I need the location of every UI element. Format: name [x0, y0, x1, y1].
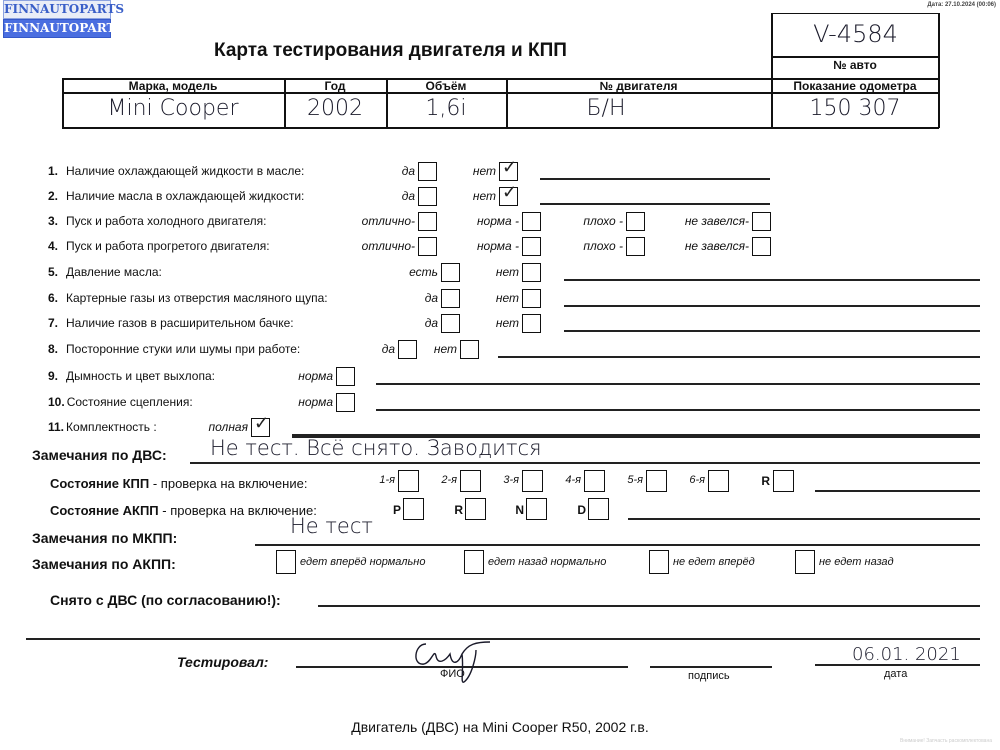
- mode-label: P: [393, 503, 401, 517]
- option-label: да: [425, 291, 438, 305]
- checkbox-8-2[interactable]: [460, 340, 479, 359]
- item-number: 9.: [48, 369, 58, 383]
- option-label: норма -: [477, 239, 519, 253]
- option-label: норма: [298, 369, 333, 383]
- item-label: Наличие газов в расширительном бачке:: [66, 316, 294, 330]
- item-label: Пуск и работа холодного двигателя:: [66, 214, 266, 228]
- checkbox-10-1[interactable]: [336, 393, 355, 412]
- brand-logo: FINNAUTOPARTS FINNAUTOPARTS: [3, 0, 111, 38]
- kpp-check-label: Состояние КПП: [50, 476, 149, 491]
- checklist-item: 10.Состояние сцепления:: [48, 395, 193, 409]
- akpp-remark-checkbox[interactable]: [276, 550, 296, 574]
- item-number: 10.: [48, 395, 65, 409]
- remarks-mkpp-line: [255, 544, 980, 546]
- gear-label: 4-я: [565, 474, 581, 486]
- checkbox-3-2[interactable]: [522, 212, 541, 231]
- checkbox-6-2[interactable]: [522, 289, 541, 308]
- option-label: нет: [434, 342, 457, 356]
- akpp-remark-checkbox[interactable]: [795, 550, 815, 574]
- item-label: Комплектность :: [66, 420, 157, 434]
- col-engine-number: № двигателя: [506, 79, 771, 93]
- item-number: 3.: [48, 214, 58, 228]
- option-label: плохо -: [583, 239, 623, 253]
- item-label: Дымность и цвет выхлопа:: [66, 369, 215, 383]
- checklist-item: 7.Наличие газов в расширительном бачке:: [48, 316, 294, 330]
- vehicle-number-label: № авто: [771, 58, 939, 72]
- mode-checkbox[interactable]: [465, 498, 486, 520]
- remarks-mkpp-label: Замечания по МКПП:: [32, 530, 177, 546]
- option-label: норма -: [477, 214, 519, 228]
- gear-label: 1-я: [379, 474, 395, 486]
- value-year: 2002: [284, 96, 386, 121]
- item-label: Картерные газы из отверстия масляного щу…: [66, 291, 328, 305]
- check-mark-icon: ✓: [502, 158, 517, 176]
- mode-label: R: [454, 503, 463, 517]
- col-odometer: Показание одометра: [771, 79, 939, 93]
- item-number: 1.: [48, 164, 58, 178]
- answer-line: [376, 383, 980, 385]
- caption: Двигатель (ДВС) на Mini Cooper R50, 2002…: [0, 719, 1000, 735]
- tested-by-label: Тестировал:: [177, 654, 268, 670]
- checkbox-8-1[interactable]: [398, 340, 417, 359]
- checklist-item: 8.Посторонние стуки или шумы при работе:: [48, 342, 300, 356]
- option-label: да: [425, 316, 438, 330]
- gear-checkbox[interactable]: [708, 470, 729, 492]
- vehicle-number-value: V-4584: [772, 20, 939, 48]
- logo-line-2: FINNAUTOPARTS: [3, 19, 111, 38]
- akpp-remark-label: едет назад нормально: [488, 556, 606, 568]
- checkbox-1-1[interactable]: [418, 162, 437, 181]
- answer-line: [564, 330, 980, 332]
- gear-checkbox[interactable]: [773, 470, 794, 492]
- akpp-remark-label: едет вперёд нормально: [300, 556, 425, 568]
- item-number: 11.: [48, 420, 64, 434]
- check-mark-icon: ✓: [254, 414, 269, 432]
- logo-line-1: FINNAUTOPARTS: [3, 0, 111, 19]
- answer-line: [564, 305, 980, 307]
- item-number: 6.: [48, 291, 58, 305]
- option-label: не завелся-: [685, 239, 749, 253]
- option-label: плохо -: [583, 214, 623, 228]
- gear-checkbox[interactable]: [522, 470, 543, 492]
- item-label: Посторонние стуки или шумы при работе:: [66, 342, 300, 356]
- answer-line: [540, 203, 770, 205]
- option-label: есть: [409, 265, 438, 279]
- col-make-model: Марка, модель: [62, 79, 284, 93]
- option-label: не завелся-: [685, 214, 749, 228]
- mode-checkbox[interactable]: [403, 498, 424, 520]
- option-label: нет: [496, 265, 519, 279]
- checklist-item: 6.Картерные газы из отверстия масляного …: [48, 291, 328, 305]
- akpp-remark-checkbox[interactable]: [464, 550, 484, 574]
- answer-line: [376, 409, 980, 411]
- page-title: Карта тестирования двигателя и КПП: [214, 40, 567, 62]
- gear-checkbox[interactable]: [646, 470, 667, 492]
- checkbox-6-1[interactable]: [441, 289, 460, 308]
- option-label: да: [402, 164, 415, 178]
- date-label: дата: [884, 668, 907, 680]
- check-mark-icon: ✓: [502, 183, 517, 201]
- watermark: Внимание! Запчасть раскомплектована: [900, 738, 992, 744]
- sign-label: подпись: [688, 670, 730, 682]
- item-number: 8.: [48, 342, 58, 356]
- value-volume: 1,6i: [386, 96, 506, 121]
- item-label: Состояние сцепления:: [67, 395, 193, 409]
- checkbox-4-1[interactable]: [418, 237, 437, 256]
- akpp-check-label: Состояние АКПП: [50, 503, 159, 518]
- vehicle-number-box: V-4584: [771, 13, 940, 56]
- removed-label: Снято с ДВС (по согласованию!):: [50, 592, 281, 608]
- mode-checkbox[interactable]: [526, 498, 547, 520]
- kpp-check-label-rest: - проверка на включение:: [149, 476, 307, 491]
- item-number: 4.: [48, 239, 58, 253]
- answer-line: [498, 356, 980, 358]
- gear-label: R: [761, 474, 770, 488]
- option-label: нет: [496, 291, 519, 305]
- gear-checkbox[interactable]: [584, 470, 605, 492]
- date-value[interactable]: 06.01. 2021: [852, 644, 961, 665]
- akpp-remark-label: не едет назад: [819, 556, 894, 568]
- col-year: Год: [284, 79, 386, 93]
- checklist-item: 1.Наличие охлаждающей жидкости в масле:: [48, 164, 304, 178]
- checklist-item: 5.Давление масла:: [48, 265, 162, 279]
- checkbox-3-4[interactable]: [752, 212, 771, 231]
- option-label: отлично-: [362, 214, 415, 228]
- answer-line: [564, 279, 980, 281]
- remarks-akpp-label: Замечания по АКПП:: [32, 556, 176, 572]
- removed-line: [318, 605, 980, 607]
- akpp-remark-label: не едет вперёд: [673, 556, 755, 568]
- remarks-engine-label: Замечания по ДВС:: [32, 447, 167, 463]
- header-line-bottom: [62, 127, 939, 129]
- option-label: нет: [496, 316, 519, 330]
- akpp-remark-checkbox[interactable]: [649, 550, 669, 574]
- checkbox-5-1[interactable]: [441, 263, 460, 282]
- checkbox-9-1[interactable]: [336, 367, 355, 386]
- checkbox-3-3[interactable]: [626, 212, 645, 231]
- value-make-model: Mini Cooper: [62, 96, 284, 121]
- mode-label: N: [515, 503, 524, 517]
- option-label: нет: [473, 189, 496, 203]
- item-number: 5.: [48, 265, 58, 279]
- checkbox-4-4[interactable]: [752, 237, 771, 256]
- checklist-item: 11.Комплектность :: [48, 420, 157, 434]
- kpp-line: [815, 490, 980, 492]
- item-number: 7.: [48, 316, 58, 330]
- gear-label: 5-я: [627, 474, 643, 486]
- checklist-item: 3.Пуск и работа холодного двигателя:: [48, 214, 266, 228]
- answer-line: [540, 178, 770, 180]
- option-label: нет: [473, 164, 496, 178]
- checkbox-2-1[interactable]: [418, 187, 437, 206]
- checklist-item: 9.Дымность и цвет выхлопа:: [48, 369, 215, 383]
- value-engine-number: Б/Н: [506, 96, 706, 121]
- option-label: да: [402, 189, 415, 203]
- checklist-item: 2.Наличие масла в охлаждающей жидкости:: [48, 189, 304, 203]
- option-label: полная: [209, 420, 248, 434]
- remarks-mkpp-value[interactable]: Не тест: [290, 514, 373, 538]
- gear-checkbox[interactable]: [398, 470, 419, 492]
- col-volume: Объём: [386, 79, 506, 93]
- item-label: Наличие охлаждающей жидкости в масле:: [66, 164, 304, 178]
- checkbox-3-1[interactable]: [418, 212, 437, 231]
- remarks-engine-value[interactable]: Не тест. Всё снято. Заводится: [210, 436, 542, 460]
- remarks-engine-line: [190, 462, 980, 464]
- item-label: Наличие масла в охлаждающей жидкости:: [66, 189, 304, 203]
- gear-label: 2-я: [441, 474, 457, 486]
- mode-checkbox[interactable]: [588, 498, 609, 520]
- separator-line: [26, 638, 980, 640]
- option-label: норма: [298, 395, 333, 409]
- item-label: Пуск и работа прогретого двигателя:: [66, 239, 270, 253]
- checkbox-7-2[interactable]: [522, 314, 541, 333]
- date-stamp: Дата: 27.10.2024 (00:06): [927, 2, 996, 8]
- item-label: Давление масла:: [66, 265, 162, 279]
- checklist-item: 4.Пуск и работа прогретого двигателя:: [48, 239, 270, 253]
- checkbox-5-2[interactable]: [522, 263, 541, 282]
- akpp-line: [628, 518, 980, 520]
- checkbox-7-1[interactable]: [441, 314, 460, 333]
- sign-line: [650, 666, 772, 668]
- gear-label: 6-я: [689, 474, 705, 486]
- item-number: 2.: [48, 189, 58, 203]
- gear-checkbox[interactable]: [460, 470, 481, 492]
- option-label: да: [382, 342, 395, 356]
- checkbox-4-3[interactable]: [626, 237, 645, 256]
- mode-label: D: [577, 503, 586, 517]
- value-odometer: 150 307: [771, 96, 939, 121]
- checkbox-4-2[interactable]: [522, 237, 541, 256]
- option-label: отлично-: [362, 239, 415, 253]
- gear-label: 3-я: [503, 474, 519, 486]
- signature-scribble: [406, 636, 496, 688]
